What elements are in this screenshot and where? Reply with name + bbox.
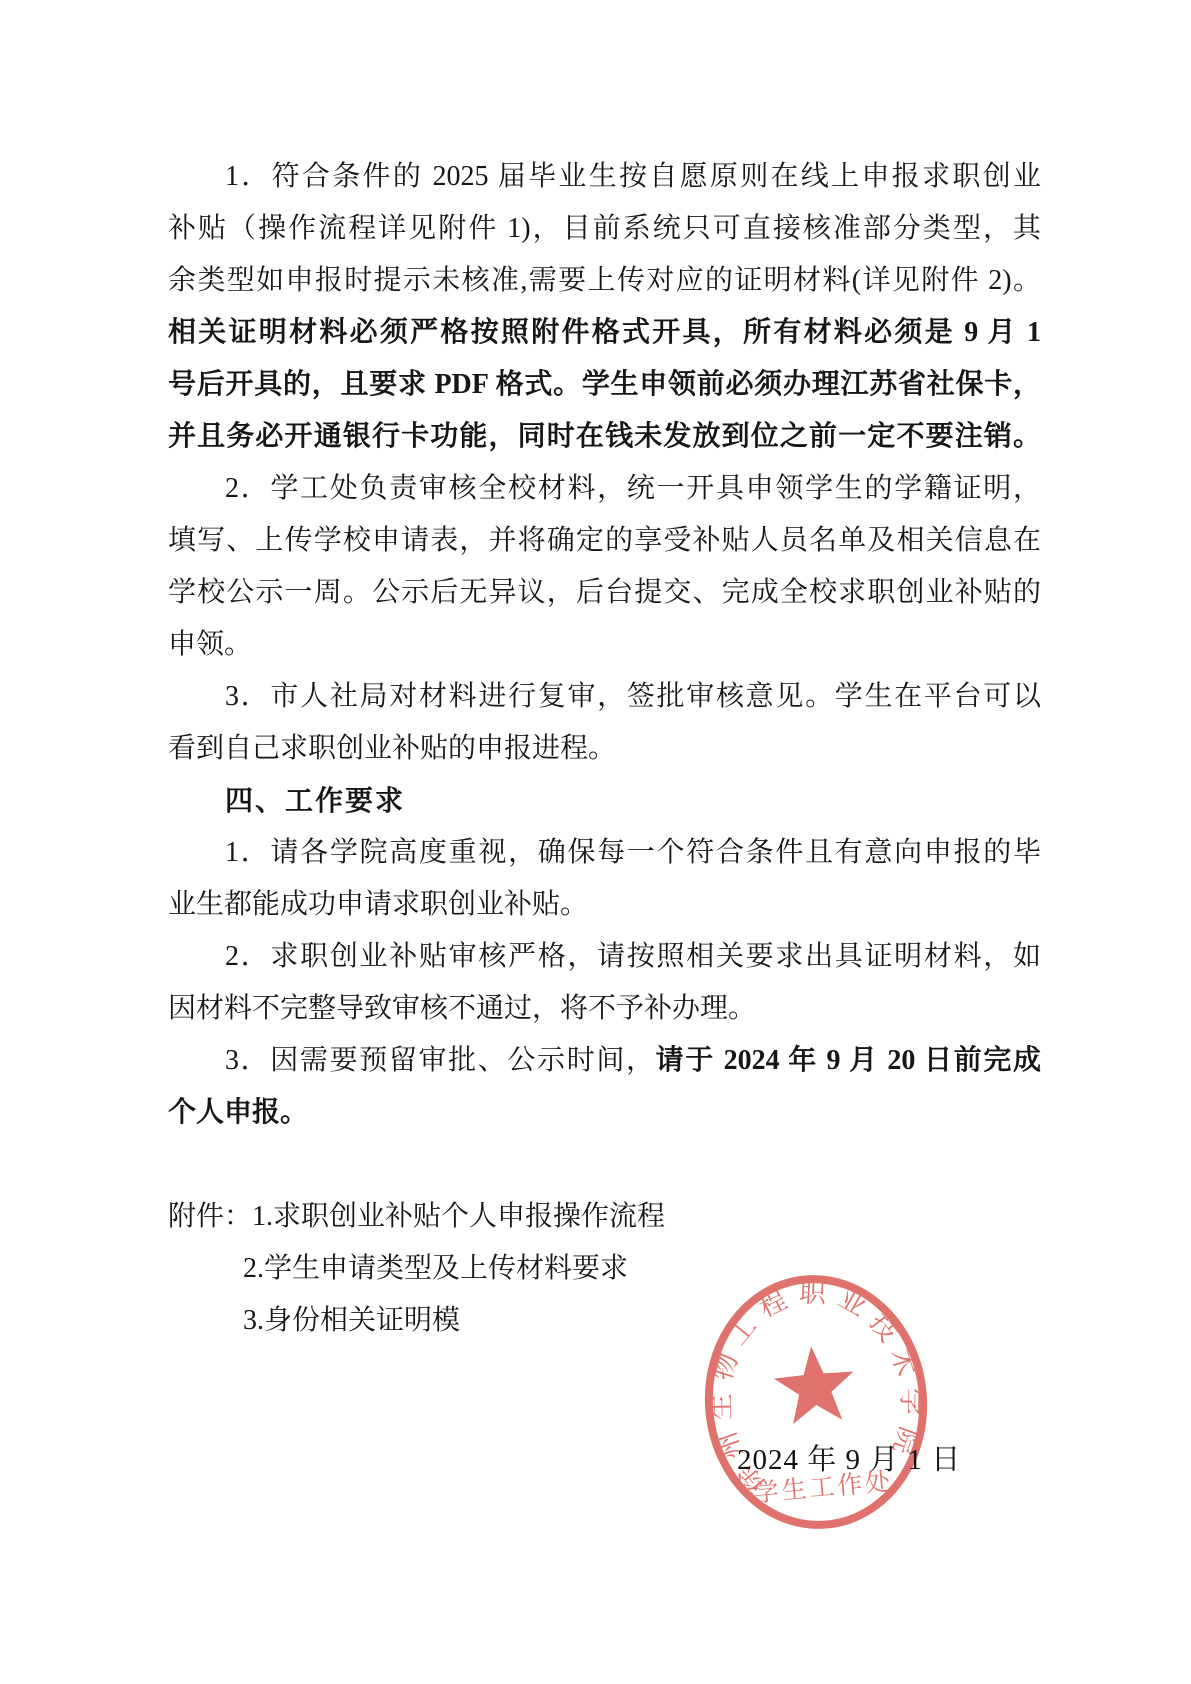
body-text: 1．符合条件的 2025 届毕业生按自愿原则在线上申报求职创业补贴（操作流程详见…	[168, 151, 1041, 1139]
text-line: 并且务必开通银行卡功能，同时在钱未发放到位之前一定不要注销。	[168, 411, 1041, 463]
text-run: 请于 2024 年 9 月 20 日前完成	[656, 1045, 1041, 1076]
text-line: 附件：1.求职创业补贴个人申报操作流程	[168, 1191, 1041, 1243]
text-line: 相关证明材料必须严格按照附件格式开具，所有材料必须是 9 月 1	[168, 307, 1041, 359]
text-line: 因材料不完整导致审核不通过，将不予补办理。	[168, 983, 1041, 1035]
text-line: 业生都能成功申请求职创业补贴。	[168, 879, 1041, 931]
text-run: 个人申报。	[168, 1097, 308, 1128]
text-run: 3．市人社局对材料进行复审，签批审核意见。学生在平台可以	[225, 681, 1041, 712]
text-run: 学校公示一周。公示后无异议，后台提交、完成全校求职创业补贴的	[168, 577, 1041, 608]
text-run: 号后开具的，且要求 PDF 格式。学生申领前必须办理江苏省社保卡，	[168, 369, 1041, 400]
text-line: 补贴（操作流程详见附件 1)，目前系统只可直接核准部分类型，其	[168, 203, 1041, 255]
text-run: 2．求职创业补贴审核严格，请按照相关要求出具证明材料，如	[225, 941, 1041, 972]
text-line: 余类型如申报时提示未核准,需要上传对应的证明材料(详见附件 2)。	[168, 255, 1041, 307]
text-run: 2．学工处负责审核全校材料，统一开具申领学生的学籍证明，	[225, 473, 1041, 504]
section-heading: 四、工作要求	[168, 775, 1041, 827]
text-run: 相关证明材料必须严格按照附件格式开具，所有材料必须是 9 月 1	[168, 317, 1041, 348]
seal-graphic: 徐州生物工程职业技术学院 学生工作处	[689, 1260, 943, 1543]
text-run: 并且务必开通银行卡功能，同时在钱未发放到位之前一定不要注销。	[168, 421, 1041, 452]
text-line: 学校公示一周。公示后无异议，后台提交、完成全校求职创业补贴的	[168, 567, 1041, 619]
text-line: 个人申报。	[168, 1087, 1041, 1139]
text-run: 1．符合条件的 2025 届毕业生按自愿原则在线上申报求职创业	[225, 161, 1041, 192]
text-run: 3．因需要预留审批、公示时间，	[225, 1045, 656, 1076]
text-line: 2．求职创业补贴审核严格，请按照相关要求出具证明材料，如	[168, 931, 1041, 983]
text-line: 1．请各学院高度重视，确保每一个符合条件且有意向申报的毕	[168, 827, 1041, 879]
issue-date: 2024 年 9 月 1 日	[737, 1434, 961, 1486]
document-page: 1．符合条件的 2025 届毕业生按自愿原则在线上申报求职创业补贴（操作流程详见…	[0, 0, 1191, 1684]
text-run: 填写、上传学校申请表，并将确定的享受补贴人员名单及相关信息在	[168, 525, 1041, 556]
text-run: 四、工作要求	[225, 785, 405, 816]
text-line: 2．学工处负责审核全校材料，统一开具申领学生的学籍证明，	[168, 463, 1041, 515]
text-line: 3．因需要预留审批、公示时间，请于 2024 年 9 月 20 日前完成	[168, 1035, 1041, 1087]
text-run: 补贴（操作流程详见附件 1)，目前系统只可直接核准部分类型，其	[168, 213, 1041, 244]
text-line: 号后开具的，且要求 PDF 格式。学生申领前必须办理江苏省社保卡，	[168, 359, 1041, 411]
text-line: 3．市人社局对材料进行复审，签批审核意见。学生在平台可以	[168, 671, 1041, 723]
text-run: 3.身份相关证明模	[243, 1305, 460, 1336]
text-run: 看到自己求职创业补贴的申报进程。	[168, 733, 616, 764]
text-line: 申领。	[168, 619, 1041, 671]
text-line: 看到自己求职创业补贴的申报进程。	[168, 723, 1041, 775]
text-run: 因材料不完整导致审核不通过，将不予补办理。	[168, 993, 756, 1024]
text-run: 余类型如申报时提示未核准,需要上传对应的证明材料(详见附件 2)。	[168, 265, 1041, 296]
official-seal: 徐州生物工程职业技术学院 学生工作处	[689, 1260, 943, 1543]
text-run: 业生都能成功申请求职创业补贴。	[168, 889, 588, 920]
text-run: 1．请各学院高度重视，确保每一个符合条件且有意向申报的毕	[225, 837, 1041, 868]
text-run: 2.学生申请类型及上传材料要求	[243, 1253, 628, 1284]
text-line: 填写、上传学校申请表，并将确定的享受补贴人员名单及相关信息在	[168, 515, 1041, 567]
text-run: 申领。	[168, 629, 252, 660]
seal-star-icon	[771, 1343, 857, 1426]
text-line: 1．符合条件的 2025 届毕业生按自愿原则在线上申报求职创业	[168, 151, 1041, 203]
text-run: 附件：1.求职创业补贴个人申报操作流程	[168, 1201, 665, 1232]
